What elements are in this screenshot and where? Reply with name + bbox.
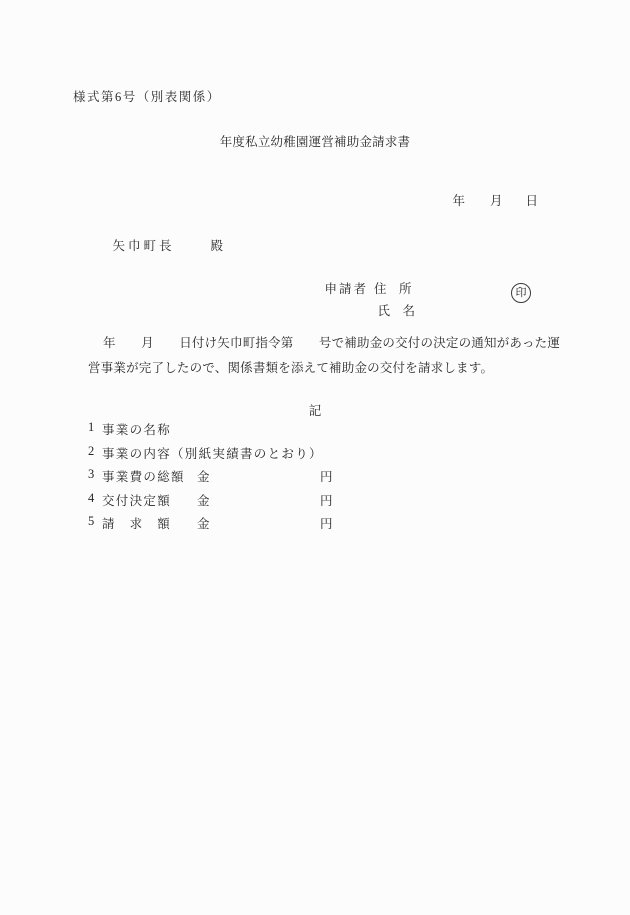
item-label: 事業費の総額 — [102, 467, 185, 485]
item-number: 5 — [88, 514, 94, 529]
document-page: 様式第6号（別表関係） 年度私立幼稚園運営補助金請求書 年月日 矢巾町長殿 申請… — [0, 0, 630, 915]
currency-unit-label: 円 — [320, 491, 333, 509]
applicant-name-row: 氏 名 — [365, 286, 415, 334]
list-item: 4 交付決定額 金 円 — [0, 491, 630, 511]
item-number: 3 — [88, 467, 94, 482]
applicant-name-label: 氏 名 — [378, 304, 416, 318]
list-item: 3 事業費の総額 金 円 — [0, 467, 630, 487]
currency-unit-label: 円 — [320, 514, 333, 532]
item-label: 事業の名称 — [102, 420, 171, 438]
addressee-name: 矢巾町長 — [113, 239, 175, 253]
amount-prefix-label: 金 — [197, 514, 210, 532]
amount-prefix-label: 金 — [197, 491, 210, 509]
seal-mark-icon: 印 — [511, 283, 531, 303]
item-label: 交付決定額 — [102, 491, 171, 509]
date-day-label: 日 — [526, 194, 539, 208]
page-title: 年度私立幼稚園運営補助金請求書 — [0, 132, 630, 150]
date-year-label: 年 — [453, 194, 466, 208]
record-heading: 記 — [0, 401, 630, 419]
list-item: 1 事業の名称 — [0, 420, 630, 440]
item-number: 1 — [88, 420, 94, 435]
item-label: 請 求 額 — [102, 514, 171, 532]
form-number: 様式第6号（別表関係） — [73, 87, 221, 105]
currency-unit-label: 円 — [320, 467, 333, 485]
addressee-honorific: 殿 — [211, 239, 224, 253]
addressee-line: 矢巾町長殿 — [100, 221, 223, 269]
amount-prefix-label: 金 — [197, 467, 210, 485]
applicant-label: 申請者 — [325, 282, 369, 296]
list-item: 5 請 求 額 金 円 — [0, 514, 630, 534]
item-number: 2 — [88, 444, 94, 459]
item-number: 4 — [88, 491, 94, 506]
date-month-label: 月 — [490, 194, 503, 208]
item-label: 事業の内容（別紙実績書のとおり） — [102, 444, 323, 462]
list-item: 2 事業の内容（別紙実績書のとおり） — [0, 444, 630, 464]
body-text-line-1: 年 月 日付け矢巾町指令第 号で補助金の交付の決定の通知があった運 — [88, 333, 560, 351]
body-text-line-2: 営事業が完了したので、関係書類を添えて補助金の交付を請求します。 — [88, 358, 493, 376]
date-line: 年月日 — [440, 176, 538, 224]
